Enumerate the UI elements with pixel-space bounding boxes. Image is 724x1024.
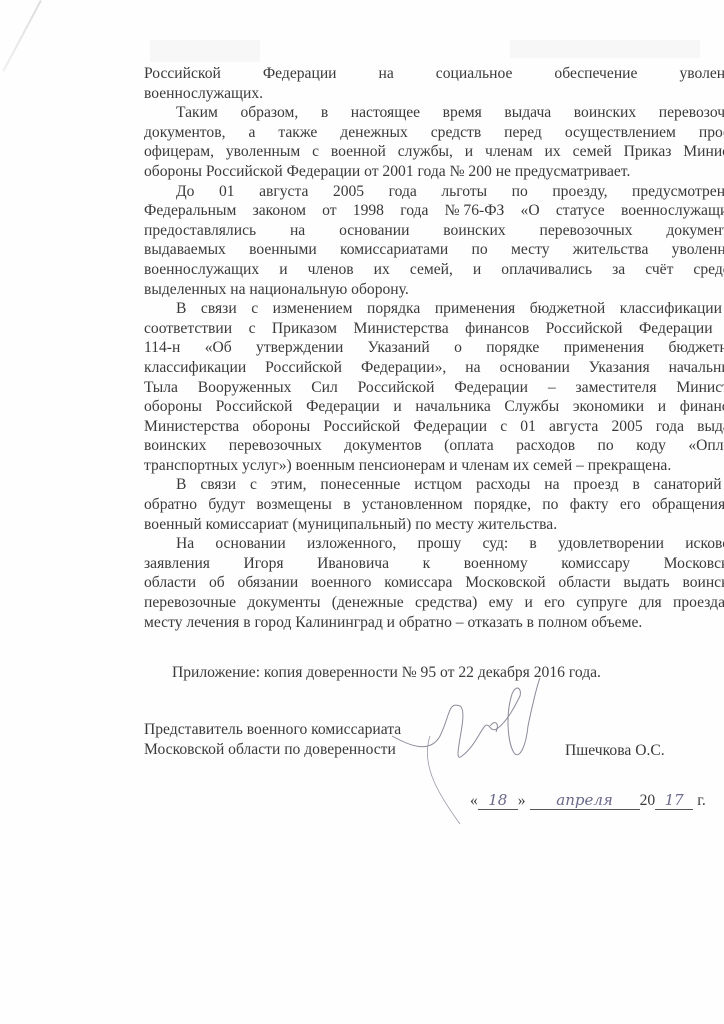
word: Министр — [683, 142, 724, 162]
word: по — [598, 436, 614, 456]
word: этим, — [271, 475, 307, 495]
word: Российской — [323, 417, 400, 437]
word: основании — [215, 534, 285, 554]
word: на — [290, 221, 305, 241]
text-line: Всвязисизменениемпорядкаприменениябюджет… — [144, 299, 724, 319]
word: образом, — [240, 103, 298, 123]
word: его — [544, 593, 565, 613]
word: выдача — [697, 417, 724, 437]
word: с — [250, 475, 257, 495]
word: с — [500, 417, 507, 437]
word: Федерации — [454, 378, 528, 398]
word: уволенны — [679, 64, 724, 84]
word: Федерации — [639, 319, 713, 339]
word: в — [343, 495, 350, 515]
text-line: месту лечения в город Калининград и обра… — [144, 613, 724, 633]
word: на — [379, 64, 394, 84]
word: семей — [573, 142, 612, 162]
word: перевозочных — [229, 436, 322, 456]
word: время — [443, 103, 482, 123]
word: за — [612, 260, 625, 280]
word: статусе — [556, 201, 605, 221]
word: До — [176, 182, 194, 202]
word: Российской — [265, 358, 342, 378]
text-line: военнослужащихичленовихсемей,иоплачивали… — [144, 260, 724, 280]
text-line: РоссийскойФедерациинасоциальноеобеспечен… — [144, 64, 724, 84]
word: Федерации — [413, 417, 487, 437]
word: Министра — [676, 378, 724, 398]
word: воинских — [443, 221, 505, 241]
word: Российской — [546, 319, 623, 339]
word: прошу — [418, 534, 462, 554]
text-line: документов,атакжеденежныхсредствпередосу… — [144, 123, 724, 143]
word: обороны — [144, 397, 202, 417]
document-body: РоссийскойФедерациинасоциальноеобеспечен… — [144, 64, 724, 632]
word: 2005 — [333, 182, 364, 202]
word: бюджетной — [668, 338, 724, 358]
word: в — [529, 534, 536, 554]
text-line: 114-н«ОбутвержденииУказанийопорядкеприме… — [144, 338, 724, 358]
word: льготы — [441, 182, 487, 202]
text-line: предоставлялисьнаоснованиивоинскихперево… — [144, 221, 724, 241]
word: военной — [331, 142, 386, 162]
word: Службы — [504, 397, 559, 417]
word: Тыла — [144, 378, 178, 398]
word: средств — [693, 260, 724, 280]
text-line: заявленияИгоряИвановичаквоенномукомиссар… — [144, 554, 724, 574]
word: членам — [485, 142, 533, 162]
word: по — [512, 182, 528, 202]
word: с — [249, 319, 256, 339]
word: перевозочны — [659, 103, 724, 123]
bleed-through — [510, 40, 700, 58]
word: классификации — [144, 358, 246, 378]
word: области — [144, 573, 196, 593]
word: заместителя — [575, 378, 656, 398]
word: возмещены — [256, 495, 332, 515]
word: заявления — [144, 554, 210, 574]
word: в — [632, 475, 639, 495]
word: документы — [247, 593, 320, 613]
text-line: воинскихперевозочныхдокументов(оплатарас… — [144, 436, 724, 456]
word: обращения — [652, 495, 724, 515]
word: Указаний — [368, 338, 430, 358]
word: Указания — [589, 358, 650, 378]
word: выделенных на национальную оборону. — [144, 280, 409, 300]
word: (оплата — [444, 436, 494, 456]
word: истцом — [414, 475, 462, 495]
word: будут — [208, 495, 245, 515]
word: проезд — [574, 475, 619, 495]
word: к — [423, 554, 431, 574]
word: Ивановича — [317, 554, 389, 574]
word: осуществлением — [565, 123, 676, 143]
word: ему — [489, 593, 514, 613]
word: порядке, — [474, 495, 531, 515]
word: месту лечения в город Калининград и обра… — [144, 613, 642, 633]
word: супруге — [576, 593, 627, 613]
text-line: перевозочныедокументы(денежныесредства)е… — [144, 593, 724, 613]
word: основании — [339, 221, 409, 241]
word: факту — [570, 495, 609, 515]
text-line: обороны Российской Федерации от 2001 год… — [144, 162, 724, 182]
signer-name: Пшечкова О.С. — [565, 742, 665, 760]
word: об — [209, 573, 225, 593]
word: 01 — [520, 417, 536, 437]
word: На — [176, 534, 194, 554]
word: настоящее — [351, 103, 420, 123]
word: комиссара — [384, 573, 452, 593]
word: военнослужащих. — [144, 84, 263, 104]
word: военнослужащих» — [621, 201, 724, 221]
word: санаторий — [654, 475, 722, 495]
word: Приказом — [272, 319, 337, 339]
text-line: военнослужащих. — [144, 84, 724, 104]
word: порядка — [367, 299, 420, 319]
word: их — [545, 142, 561, 162]
word: также — [278, 123, 317, 143]
word: расходов — [516, 436, 575, 456]
word: Федеральным — [144, 201, 236, 221]
text-line: выдаваемыхвоеннымикомиссариатамипоместуж… — [144, 240, 724, 260]
word: и — [658, 397, 666, 417]
word: офицерам, — [144, 142, 214, 162]
word: Сил — [311, 378, 338, 398]
word: 114-н — [144, 338, 180, 358]
word: членов — [308, 260, 354, 280]
word: Таким — [176, 103, 218, 123]
word: счёт — [645, 260, 673, 280]
word: финансов — [680, 397, 724, 417]
signatory-title-line1: Представитель военного комиссариата — [144, 720, 401, 740]
word: Игоря — [244, 554, 284, 574]
text-line: Такимобразом,внастоящеевремявыдачавоинск… — [144, 103, 724, 123]
text-line: выделенных на национальную оборону. — [144, 280, 724, 300]
text-line: обратнобудутвозмещенывустановленномпоряд… — [144, 495, 724, 515]
word: обязании — [238, 573, 299, 593]
text-line: офицерам,уволеннымсвоеннойслужбы,ичленам… — [144, 142, 724, 162]
word: экономики — [573, 397, 644, 417]
word: проезду, — [552, 182, 607, 202]
word: и — [279, 260, 287, 280]
word: средства) — [415, 593, 477, 613]
word: Федерации — [263, 64, 337, 84]
word: военному — [464, 554, 528, 574]
date-month: апреля — [530, 791, 640, 810]
word: от — [322, 201, 336, 221]
word: связи — [201, 299, 237, 319]
word: выдача — [504, 103, 551, 123]
word: 2005 — [611, 417, 642, 437]
word: финансов — [465, 319, 529, 339]
word: классификации — [620, 299, 722, 319]
word: основании — [499, 358, 569, 378]
word: выдать — [623, 573, 669, 593]
word: проезд — [699, 123, 724, 143]
word: денежных — [340, 123, 408, 143]
word: обороны Российской Федерации от 2001 год… — [144, 162, 630, 182]
word: о — [454, 338, 462, 358]
word: года — [400, 201, 428, 221]
signatory-title-line2: Московской области по доверенности — [144, 740, 401, 760]
word: Российской — [144, 64, 221, 84]
word: Вооруженных — [198, 378, 292, 398]
word: «О — [521, 201, 540, 221]
word: на — [544, 475, 559, 495]
word: по — [542, 495, 558, 515]
word: с — [312, 142, 319, 162]
word: коду — [636, 436, 666, 456]
text-line: военный комиссариат (муниципальный) по м… — [144, 515, 724, 535]
word: уволенных — [672, 240, 724, 260]
word: Московской — [465, 573, 545, 593]
word: изложенного, — [307, 534, 396, 554]
word: перевозочных — [540, 221, 633, 241]
word: понесенные — [320, 475, 400, 495]
word: соответствии — [144, 319, 232, 339]
word: перевозочные — [144, 593, 236, 613]
word: комиссару — [561, 554, 630, 574]
word: 01 — [219, 182, 235, 202]
word: перед — [504, 123, 542, 143]
word: для — [639, 593, 662, 613]
word: средств — [431, 123, 481, 143]
word: документов, — [144, 123, 225, 143]
word: в — [321, 103, 328, 123]
word: и — [393, 397, 401, 417]
word: и — [473, 260, 481, 280]
word: жительства — [573, 240, 649, 260]
word: с — [251, 299, 258, 319]
word: месту — [511, 240, 550, 260]
date-day: 18 — [478, 791, 518, 810]
word: начальника — [415, 397, 490, 417]
word: Федерации — [306, 397, 380, 417]
word: документов — [666, 221, 724, 241]
word: его — [620, 495, 641, 515]
word: года — [656, 417, 684, 437]
bleed-through — [150, 40, 260, 62]
word: Министерства — [353, 319, 448, 339]
word: военного — [311, 573, 371, 593]
text-line: ТылаВооруженныхСилРоссийскойФедерации–за… — [144, 378, 724, 398]
word: суд: — [482, 534, 508, 554]
word: семей, — [410, 260, 453, 280]
date-year: 17 — [655, 791, 693, 810]
text-line: областиобобязаниивоенногокомиссараМосков… — [144, 573, 724, 593]
word: предоставлялись — [144, 221, 256, 241]
text-line: Федеральнымзакономот1998года№ 76-ФЗ«Оста… — [144, 201, 724, 221]
word: удовлетворении — [558, 534, 664, 554]
text-line: классификацииРоссийскойФедерации»,наосно… — [144, 358, 724, 378]
word: обеспечение — [554, 64, 637, 84]
word: военнослужащих — [144, 260, 259, 280]
text-line: транспортных услуг») военным пенсионерам… — [144, 456, 724, 476]
text-line: МинистерстваобороныРоссийскойФедерациис0… — [144, 417, 724, 437]
word: порядке — [486, 338, 539, 358]
word: обратно — [144, 495, 197, 515]
word: их — [374, 260, 390, 280]
word: утверждении — [256, 338, 343, 358]
word: № 76-ФЗ — [445, 201, 505, 221]
word: В — [176, 299, 186, 319]
word: Министерства — [144, 417, 239, 437]
word: службы, — [398, 142, 453, 162]
word: Московской — [664, 554, 724, 574]
word: уволенным — [226, 142, 300, 162]
word: установленном — [362, 495, 463, 515]
word: обороны — [252, 417, 310, 437]
word: военными — [249, 240, 317, 260]
document-page: РоссийскойФедерациинасоциальноеобеспечен… — [0, 0, 724, 1024]
word: воинских — [574, 103, 636, 123]
text-line: До01августа2005годальготыпопроезду,преду… — [144, 182, 724, 202]
word: и — [465, 142, 473, 162]
word: документов — [344, 436, 422, 456]
word: «Оплата — [688, 436, 724, 456]
word: Российской — [358, 378, 435, 398]
word: транспортных услуг») военным пенсионерам… — [144, 456, 671, 476]
word: 1998 — [353, 201, 384, 221]
text-line: Наоснованииизложенного,прошусуд:вудовлет… — [144, 534, 724, 554]
word: бюджетной — [530, 299, 606, 319]
word: изменением — [273, 299, 353, 319]
word: и — [525, 593, 533, 613]
word: области — [558, 573, 610, 593]
word: начальника — [669, 358, 724, 378]
text-line: соответствиисПриказомМинистерствафинансо… — [144, 319, 724, 339]
word: воинских — [144, 436, 206, 456]
word: применения — [564, 338, 644, 358]
word: оплачивались — [501, 260, 592, 280]
word: социальное — [436, 64, 513, 84]
word: Федерации», — [361, 358, 446, 378]
word: «Об — [205, 338, 232, 358]
word: (денежные — [332, 593, 404, 613]
word: применения — [435, 299, 515, 319]
signature-block: Представитель военного комиссариата Моск… — [144, 720, 401, 760]
word: расходы — [476, 475, 530, 495]
signature-date: « 18 » апреля 20 17 г. — [470, 791, 706, 810]
scan-edge-mark — [2, 0, 41, 72]
word: года — [389, 182, 417, 202]
word: августа — [549, 417, 598, 437]
word: выдаваемых — [144, 240, 226, 260]
text-line: обороныРоссийскойФедерациииначальникаСлу… — [144, 397, 724, 417]
word: – — [548, 378, 556, 398]
word: проезда — [673, 593, 724, 613]
word: военный комиссариат (муниципальный) по м… — [144, 515, 557, 535]
word: воинские — [682, 573, 724, 593]
word: законом — [253, 201, 306, 221]
text-line: Всвязисэтим,понесенныеистцомрасходынапро… — [144, 475, 724, 495]
word: Российской — [216, 397, 293, 417]
word: В — [176, 475, 186, 495]
word: по — [472, 240, 488, 260]
word: предусмотренны — [632, 182, 724, 202]
word: а — [248, 123, 255, 143]
word: комиссариатами — [340, 240, 448, 260]
word: Приказ — [624, 142, 672, 162]
word: связи — [200, 475, 236, 495]
word: искового — [685, 534, 724, 554]
word: на — [465, 358, 480, 378]
word: августа — [259, 182, 308, 202]
